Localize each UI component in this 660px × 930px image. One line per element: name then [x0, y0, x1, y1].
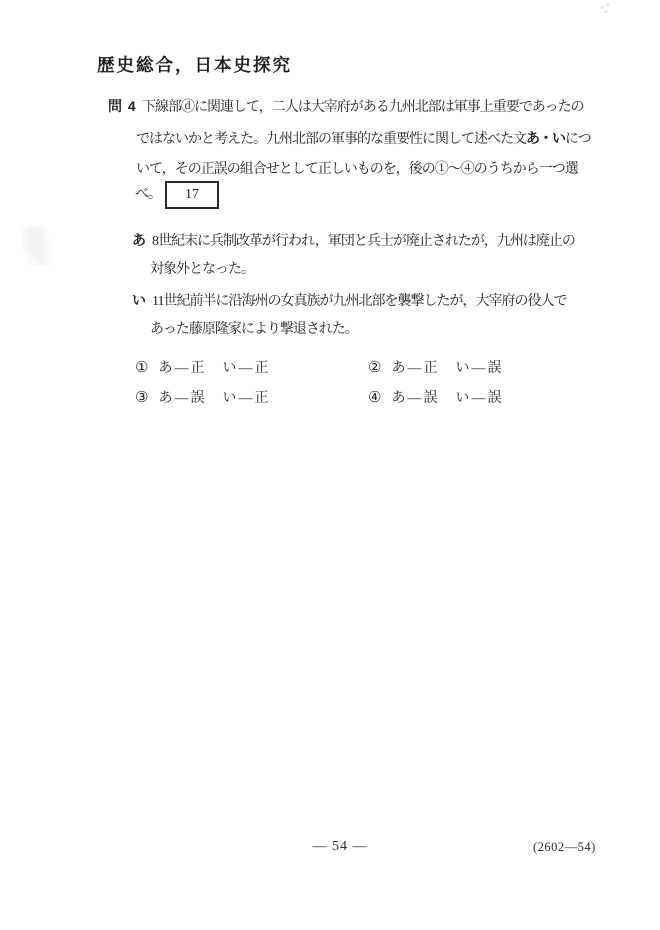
- question-text-2-bold: あ・い: [526, 130, 565, 146]
- statements-block: あ8世紀末に兵制改革が行われ，軍団と兵士が廃止されたが，九州は廃止の 対象外とな…: [132, 225, 575, 345]
- question-block: 問 4下線部ⓓに関連して，二人は大宰府がある九州北部は軍事上重要であったの では…: [108, 90, 591, 210]
- statement-a-line-1: あ8世紀末に兵制改革が行われ，軍団と兵士が廃止されたが，九州は廃止の: [132, 225, 575, 255]
- scan-artifact-smudge: [22, 226, 52, 266]
- option-3-number: ③: [135, 388, 148, 407]
- statement-i-label: い: [132, 285, 152, 315]
- option-3-pair-a: あ―誤: [158, 387, 206, 407]
- answer-box: 17: [165, 181, 219, 209]
- page-title: 歴史総合，日本史探究: [97, 52, 292, 77]
- scan-artifact-corner: [597, 2, 613, 15]
- question-line-2: ではないかと考えた。九州北部の軍事的な重要性に関して述べた文あ・いにつ: [136, 122, 591, 154]
- question-text-4: べ。: [135, 180, 161, 210]
- answer-box-number: 17: [185, 180, 199, 210]
- options-grid: ① あ―正 い―正 ② あ―正 い―誤 ③ あ―誤 い―正 ④ あ―誤 い―誤: [135, 352, 503, 412]
- option-1-pair-a: あ―正: [158, 357, 206, 377]
- option-3-pair-i: い―正: [222, 387, 270, 407]
- statement-i-text-1: 11世紀前半に沿海州の女真族が九州北部を襲撃したが，大宰府の役人で: [152, 294, 566, 309]
- option-2: ② あ―正 い―誤: [368, 357, 503, 377]
- question-text-2b: につ: [565, 132, 591, 147]
- statement-a-label: あ: [132, 225, 152, 255]
- option-4-pair-i: い―誤: [455, 387, 503, 407]
- options-row-1: ① あ―正 い―正 ② あ―正 い―誤: [135, 352, 503, 382]
- statement-a-line-2: 対象外となった。: [150, 255, 575, 285]
- statement-i-line-2: あった藤原隆家により撃退された。: [150, 315, 575, 345]
- option-4-pair-a: あ―誤: [391, 387, 439, 407]
- option-4: ④ あ―誤 い―誤: [368, 387, 503, 407]
- question-text-2a: ではないかと考えた。九州北部の軍事的な重要性に関して述べた文: [136, 132, 526, 147]
- option-1: ① あ―正 い―正: [135, 357, 368, 377]
- statement-i-line-1: い11世紀前半に沿海州の女真族が九州北部を襲撃したが，大宰府の役人で: [132, 285, 575, 315]
- option-3: ③ あ―誤 い―正: [135, 387, 368, 407]
- options-row-2: ③ あ―誤 い―正 ④ あ―誤 い―誤: [135, 382, 503, 412]
- statement-a-text-1: 8世紀末に兵制改革が行われ，軍団と兵士が廃止されたが，九州は廃止の: [152, 234, 575, 249]
- document-code: (2602—54): [533, 840, 596, 855]
- option-2-pair-a: あ―正: [391, 357, 439, 377]
- question-line-1: 問 4下線部ⓓに関連して，二人は大宰府がある九州北部は軍事上重要であったの: [108, 90, 591, 122]
- question-text-1: 下線部ⓓに関連して，二人は大宰府がある九州北部は軍事上重要であったの: [142, 100, 584, 115]
- exam-page: 歴史総合，日本史探究 問 4下線部ⓓに関連して，二人は大宰府がある九州北部は軍事…: [0, 0, 660, 930]
- question-number-label: 問 4: [108, 90, 138, 122]
- option-2-pair-i: い―誤: [455, 357, 503, 377]
- option-4-number: ④: [368, 388, 381, 407]
- option-2-number: ②: [368, 358, 381, 377]
- option-1-pair-i: い―正: [222, 357, 270, 377]
- option-1-number: ①: [135, 358, 148, 377]
